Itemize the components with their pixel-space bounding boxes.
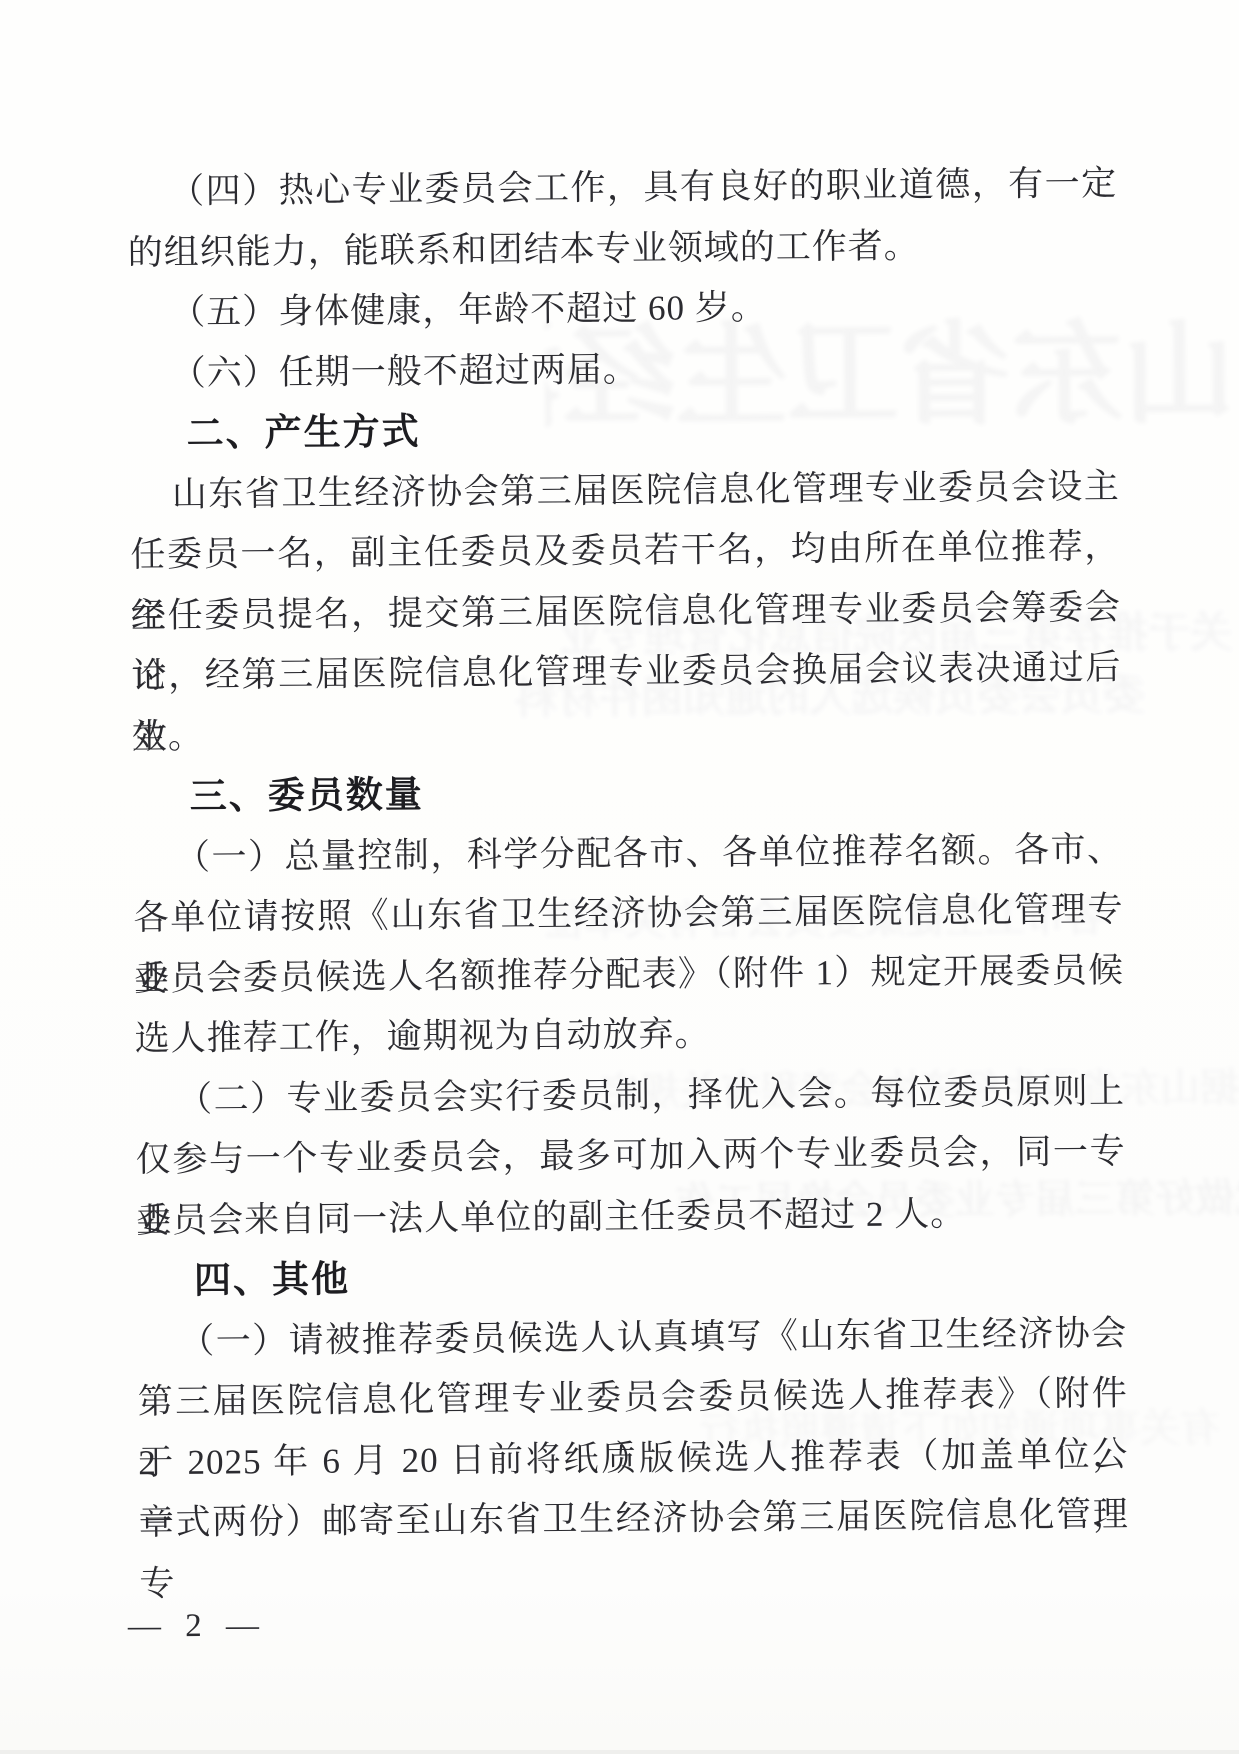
document-line: 于 2025 年 6 月 20 日前将纸质版候选人推荐表（加盖单位公章， — [138, 1424, 1128, 1493]
section-heading: 二、产生方式 — [129, 396, 1119, 465]
document-line: 第三届医院信息化管理专业委员会委员候选人推荐表》（附件 2）， — [138, 1364, 1128, 1433]
document-line: 论，经第三届医院信息化管理专业委员会换届会议表决通过后生 — [131, 638, 1121, 707]
document-body: （四）热心专业委员会工作，具有良好的职业道德，有一定的组织能力，能联系和团结本专… — [127, 154, 1129, 1554]
document-line: 效。 — [132, 698, 1122, 767]
document-line: 一式两份）邮寄至山东省卫生经济协会第三届医院信息化管理专 — [139, 1485, 1129, 1554]
document-line: 仅参与一个专业委员会，最多可加入两个专业委员会，同一专业 — [135, 1122, 1125, 1191]
section-heading: 四、其他 — [136, 1243, 1126, 1312]
scanned-document-page: 山东省卫生经济协会关于推荐第三届医院信息化管理专业委员会委员候选人的通知函件材料… — [0, 0, 1239, 1754]
document-line: （四）热心专业委员会工作，具有良好的职业道德，有一定 — [127, 154, 1117, 223]
document-line: 委员会来自同一法人单位的副主任委员不超过 2 人。 — [136, 1182, 1126, 1251]
document-line: （一）请被推荐委员候选人认真填写《山东省卫生经济协会 — [137, 1303, 1127, 1372]
document-line: 主任委员提名，提交第三届医院信息化管理专业委员会筹委会讨 — [131, 577, 1121, 646]
document-line: 选人推荐工作，逾期视为自动放弃。 — [134, 1001, 1124, 1070]
document-line: （六）任期一般不超过两届。 — [129, 335, 1119, 404]
document-line: 任委员一名，副主任委员及委员若干名，均由所在单位推荐，经 — [130, 517, 1120, 586]
document-line: 山东省卫生经济协会第三届医院信息化管理专业委员会设主 — [130, 456, 1120, 525]
scan-bottom-edge-artifact — [0, 1750, 1239, 1754]
document-line: 各单位请按照《山东省卫生经济协会第三届医院信息化管理专业 — [133, 880, 1123, 949]
document-line: 的组织能力，能联系和团结本专业领域的工作者。 — [127, 214, 1117, 283]
page-number: — 2 — — [128, 1608, 267, 1646]
section-heading: 三、委员数量 — [132, 759, 1122, 828]
document-line: （五）身体健康，年龄不超过 60 岁。 — [128, 275, 1118, 344]
document-line: （一）总量控制，科学分配各市、各单位推荐名额。各市、 — [133, 819, 1123, 888]
document-line: （二）专业委员会实行委员制，择优入会。每位委员原则上 — [135, 1061, 1125, 1130]
document-line: 委员会委员候选人名额推荐分配表》（附件 1）规定开展委员候 — [134, 940, 1124, 1009]
